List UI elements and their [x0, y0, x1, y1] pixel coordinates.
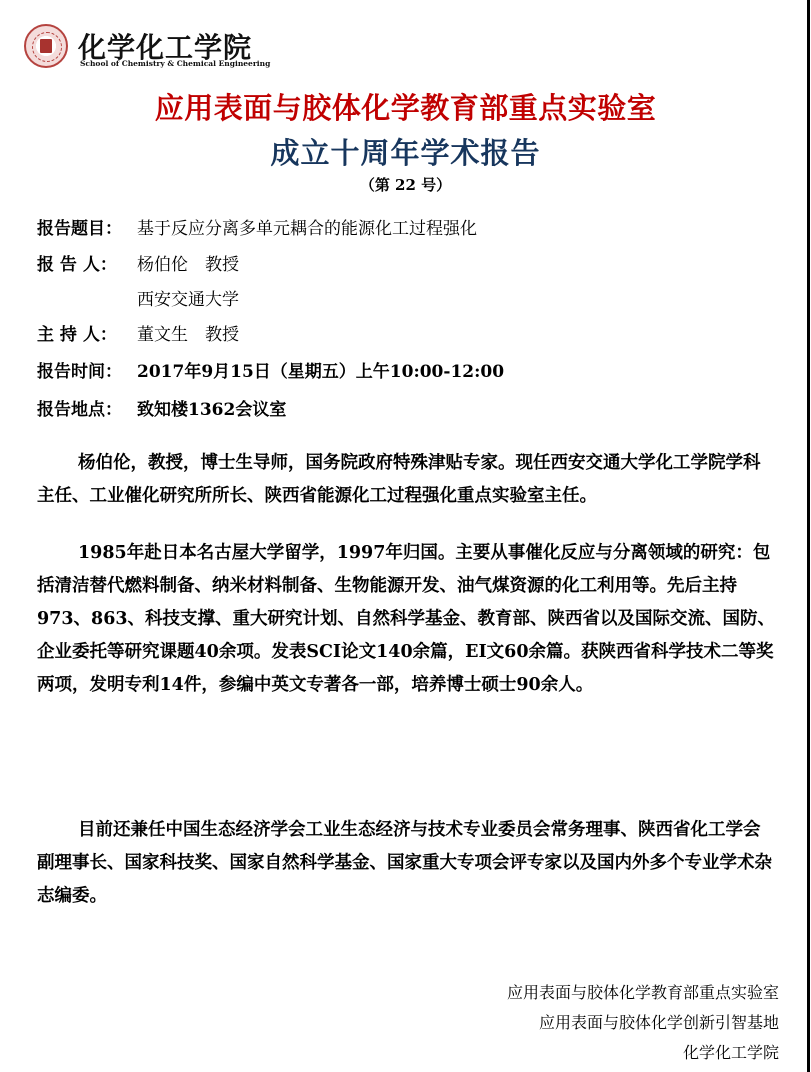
- location-label: 报告地点：: [37, 399, 137, 421]
- info-affiliation: 西安交通大学: [37, 289, 239, 311]
- host-label: 主 持 人：: [37, 324, 137, 346]
- info-topic: 报告题目：基于反应分离多单元耦合的能源化工过程强化: [37, 218, 477, 240]
- event-title: 成立十周年学术报告: [0, 131, 811, 172]
- info-speaker: 报 告 人：杨伯伦 教授: [37, 254, 239, 276]
- school-seal-icon: [24, 24, 68, 68]
- topic-value: 基于反应分离多单元耦合的能源化工过程强化: [137, 218, 477, 240]
- speaker-label: 报 告 人：: [37, 254, 137, 276]
- speaker-value: 杨伯伦 教授: [137, 254, 239, 276]
- time-value: 2017年9月15日（星期五）上午10:00-12:00: [137, 361, 504, 383]
- time-label: 报告时间：: [37, 361, 137, 383]
- issue-number: （第 22 号）: [0, 174, 811, 195]
- info-time: 报告时间：2017年9月15日（星期五）上午10:00-12:00: [37, 361, 504, 383]
- location-value: 致知楼1362会议室: [137, 399, 286, 421]
- bio-paragraph-1: 杨伯伦，教授，博士生导师，国务院政府特殊津贴专家。现任西安交通大学化工学院学科主…: [37, 447, 777, 513]
- lab-title: 应用表面与胶体化学教育部重点实验室: [0, 86, 811, 127]
- organizer-3: 化学化工学院: [683, 1040, 779, 1063]
- organizer-2: 应用表面与胶体化学创新引智基地: [539, 1010, 779, 1033]
- speaker-affiliation: 西安交通大学: [137, 289, 239, 311]
- bio-paragraph-3: 目前还兼任中国生态经济学会工业生态经济与技术专业委员会常务理事、陕西省化工学会副…: [37, 814, 777, 913]
- info-host: 主 持 人：董文生 教授: [37, 324, 239, 346]
- host-value: 董文生 教授: [137, 324, 239, 346]
- info-location: 报告地点：致知楼1362会议室: [37, 399, 286, 421]
- logo-subtitle: School of Chemistry & Chemical Engineeri…: [80, 59, 270, 68]
- organizer-1: 应用表面与胶体化学教育部重点实验室: [507, 980, 779, 1003]
- calligraphy-seal-mark-icon: ⁝: [229, 34, 231, 40]
- topic-label: 报告题目：: [37, 218, 137, 240]
- bio-paragraph-2: 1985年赴日本名古屋大学留学，1997年归国。主要从事催化反应与分离领域的研究…: [37, 537, 777, 702]
